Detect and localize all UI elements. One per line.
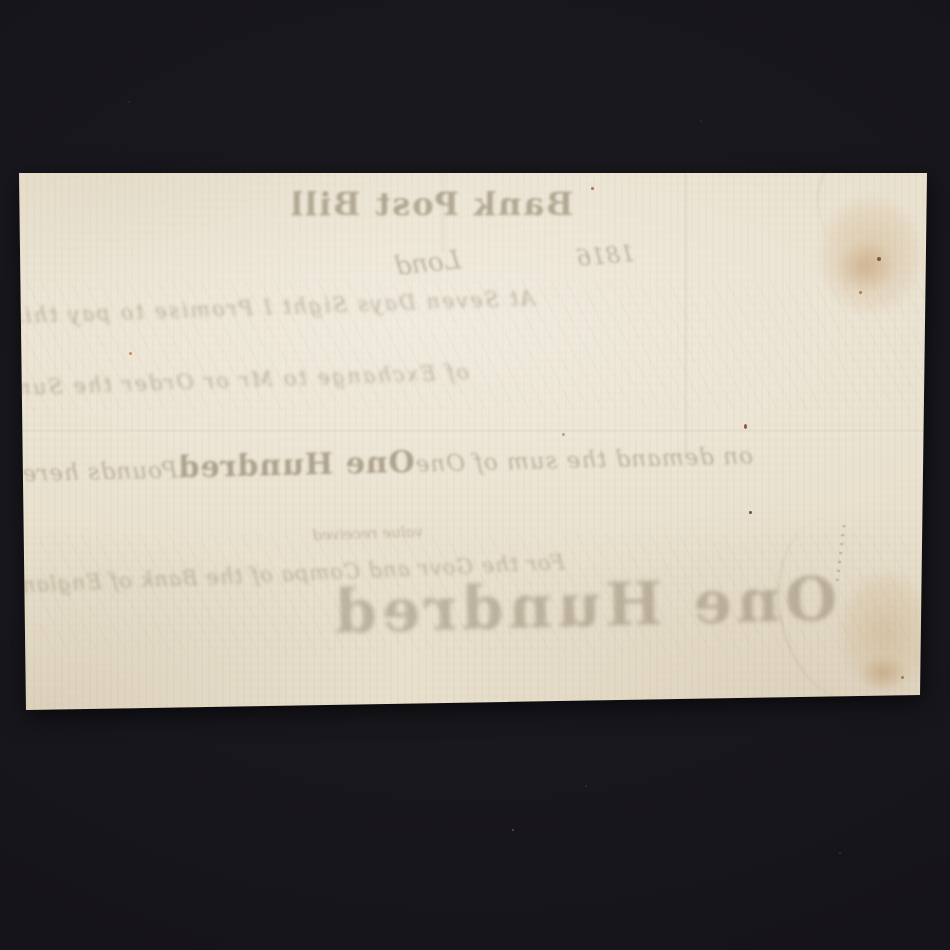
banknote-reverse-paper: Bank Post Bill Lond 1816 At Seven Days S… [19, 173, 928, 710]
dust-speck [700, 120, 702, 122]
dust-speck [128, 101, 130, 103]
foxing-speck [877, 257, 881, 261]
foxing-speck [901, 676, 904, 679]
mirrored-amount-script: Pounds here [21, 458, 177, 488]
foxing-speck [744, 424, 747, 429]
foxing-speck [859, 291, 862, 294]
mirrored-amount-line: on demand the sum of One One Hundred Pou… [57, 437, 754, 489]
horizontal-fold-crease [19, 430, 928, 434]
dust-speck [839, 852, 841, 854]
banknote-paper-wrap: Bank Post Bill Lond 1816 At Seven Days S… [19, 173, 928, 710]
photo-of-banknote-reverse: Bank Post Bill Lond 1816 At Seven Days S… [0, 0, 950, 950]
mirrored-large-denomination: One Hundred [324, 564, 845, 684]
foxing-stain-bottom-right-core [853, 651, 913, 695]
dust-speck [512, 829, 514, 831]
mirrored-amount-words: One Hundred [177, 445, 415, 486]
foxing-speck [129, 352, 132, 355]
mirrored-script-fragment: 1816 [542, 241, 636, 275]
foxing-speck [591, 187, 594, 190]
dust-speck [585, 785, 587, 787]
vertical-crease [685, 173, 687, 455]
foxing-speck [562, 433, 565, 436]
foxing-stain-top-right-core [825, 235, 905, 301]
mirrored-heading-bank-post-bill: Bank Post Bill [281, 185, 581, 223]
foxing-speck [749, 511, 752, 514]
mirrored-amount-script: on demand the sum of One [414, 444, 753, 478]
